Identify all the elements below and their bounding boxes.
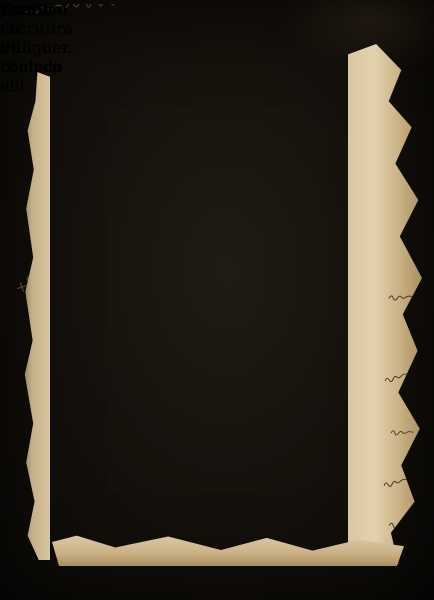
underpages-left-edge bbox=[22, 72, 50, 560]
edge-writing-fragment bbox=[389, 427, 414, 441]
edge-writing-fragment bbox=[384, 373, 411, 386]
photo-frame: Termino de Villiguer. Una escritura de c… bbox=[0, 0, 434, 600]
horizontal-crease-lower bbox=[28, 425, 328, 431]
underpages-right-edge bbox=[348, 44, 422, 564]
edge-writing-fragment bbox=[387, 519, 415, 534]
edge-writing-fragment bbox=[382, 478, 411, 490]
underpages-bottom-stack-lower bbox=[62, 554, 396, 576]
manuscript-line-3: huertico. bbox=[0, 0, 73, 19]
edge-writing-fragment bbox=[387, 292, 414, 306]
